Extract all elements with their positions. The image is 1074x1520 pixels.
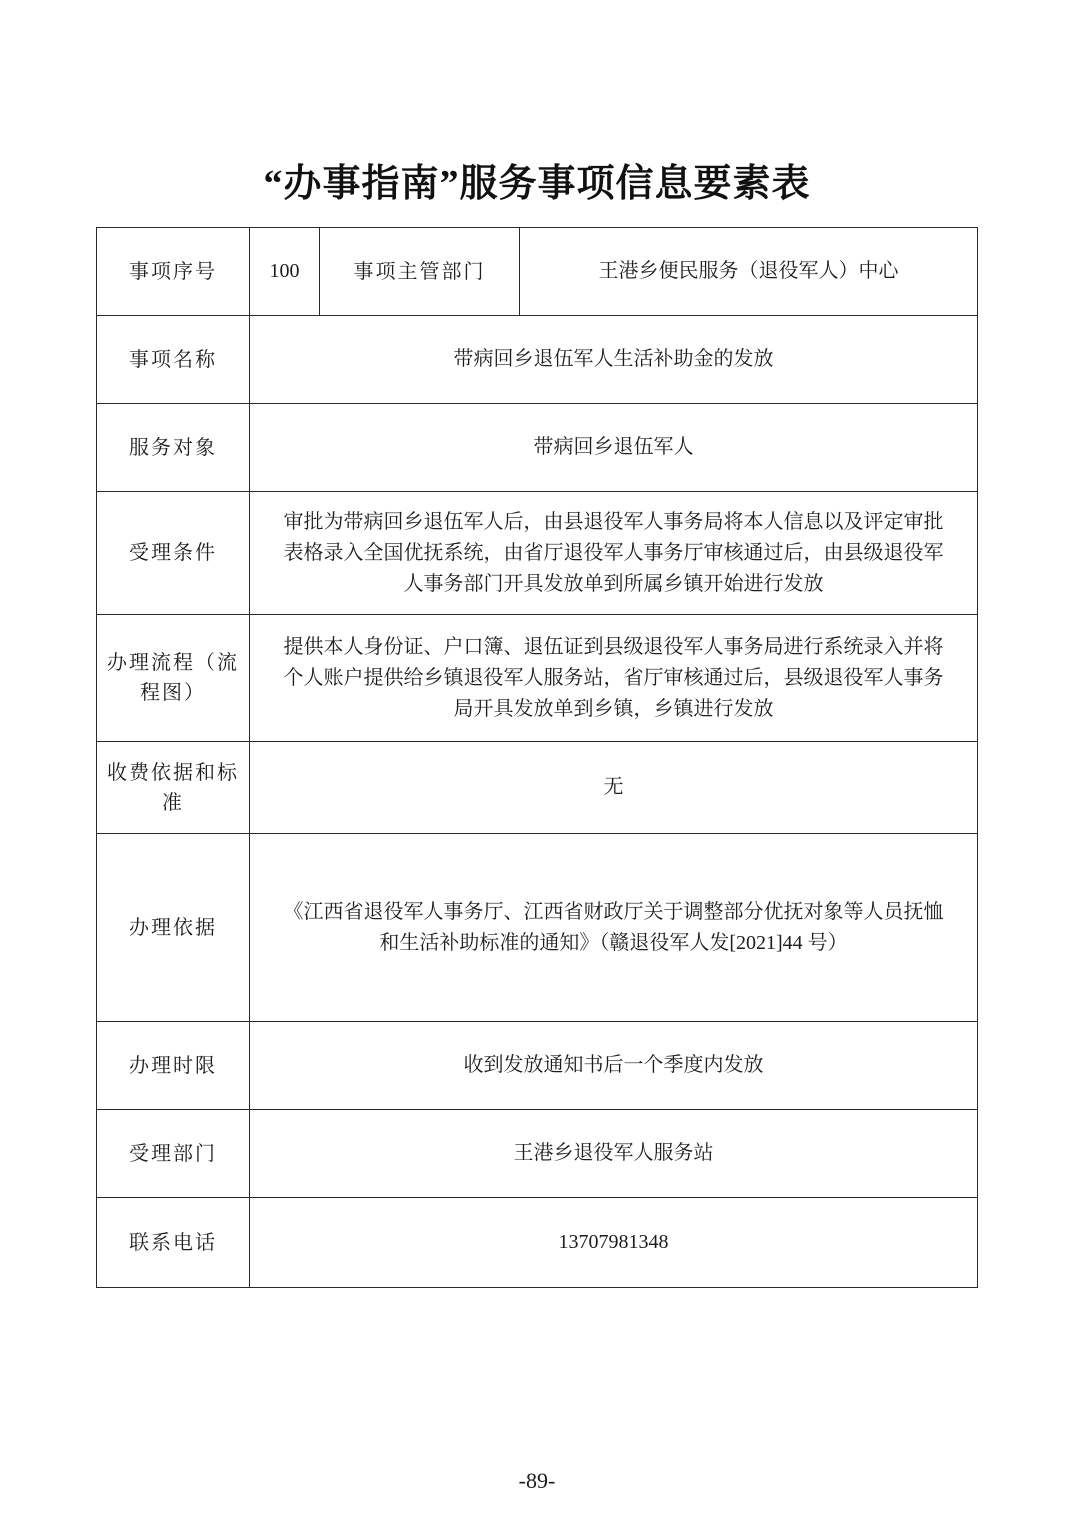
- row-label: 受理部门: [97, 1110, 250, 1198]
- row-value: 审批为带病回乡退伍军人后，由县退役军人事务局将本人信息以及评定审批 表格录入全国…: [250, 492, 978, 615]
- row-value: 收到发放通知书后一个季度内发放: [250, 1022, 978, 1110]
- row-value: 无: [250, 742, 978, 834]
- row-label: 收费依据和标准: [97, 742, 250, 834]
- item-number-label: 事项序号: [97, 228, 250, 316]
- table-row-time-limit: 办理时限 收到发放通知书后一个季度内发放: [97, 1022, 978, 1110]
- page-number: -89-: [0, 1468, 1074, 1494]
- table-row-handling-basis: 办理依据 《江西省退役军人事务厅、江西省财政厅关于调整部分优抚对象等人员抚恤 和…: [97, 834, 978, 1022]
- dept-value: 王港乡便民服务（退役军人）中心: [520, 228, 978, 316]
- row-label: 办理时限: [97, 1022, 250, 1110]
- table-row-item-name: 事项名称 带病回乡退伍军人生活补助金的发放: [97, 316, 978, 404]
- page-title: “办事指南”服务事项信息要素表: [0, 152, 1074, 207]
- dept-label: 事项主管部门: [320, 228, 520, 316]
- table-row-accepting-department: 受理部门 王港乡退役军人服务站: [97, 1110, 978, 1198]
- row-value: 13707981348: [250, 1198, 978, 1288]
- row-value: 王港乡退役军人服务站: [250, 1110, 978, 1198]
- document-page: “办事指南”服务事项信息要素表 事项序号 100 事项主管部门 王港乡便民服务（…: [0, 0, 1074, 1520]
- row-value: 提供本人身份证、户口簿、退伍证到县级退役军人事务局进行系统录入并将 个人账户提供…: [250, 615, 978, 742]
- table-row-service-target: 服务对象 带病回乡退伍军人: [97, 404, 978, 492]
- item-number-value: 100: [250, 228, 320, 316]
- info-table: 事项序号 100 事项主管部门 王港乡便民服务（退役军人）中心 事项名称 带病回…: [96, 227, 978, 1288]
- row-value: 带病回乡退伍军人: [250, 404, 978, 492]
- row-label: 受理条件: [97, 492, 250, 615]
- table-row-item-number: 事项序号 100 事项主管部门 王港乡便民服务（退役军人）中心: [97, 228, 978, 316]
- row-label: 联系电话: [97, 1198, 250, 1288]
- row-label: 办理流程（流程图）: [97, 615, 250, 742]
- row-label: 服务对象: [97, 404, 250, 492]
- row-value: 带病回乡退伍军人生活补助金的发放: [250, 316, 978, 404]
- table-row-acceptance-conditions: 受理条件 审批为带病回乡退伍军人后，由县退役军人事务局将本人信息以及评定审批 表…: [97, 492, 978, 615]
- table-row-contact-phone: 联系电话 13707981348: [97, 1198, 978, 1288]
- row-label: 事项名称: [97, 316, 250, 404]
- row-label: 办理依据: [97, 834, 250, 1022]
- table-row-process-flow: 办理流程（流程图） 提供本人身份证、户口簿、退伍证到县级退役军人事务局进行系统录…: [97, 615, 978, 742]
- row-value: 《江西省退役军人事务厅、江西省财政厅关于调整部分优抚对象等人员抚恤 和生活补助标…: [250, 834, 978, 1022]
- table-row-fee-basis: 收费依据和标准 无: [97, 742, 978, 834]
